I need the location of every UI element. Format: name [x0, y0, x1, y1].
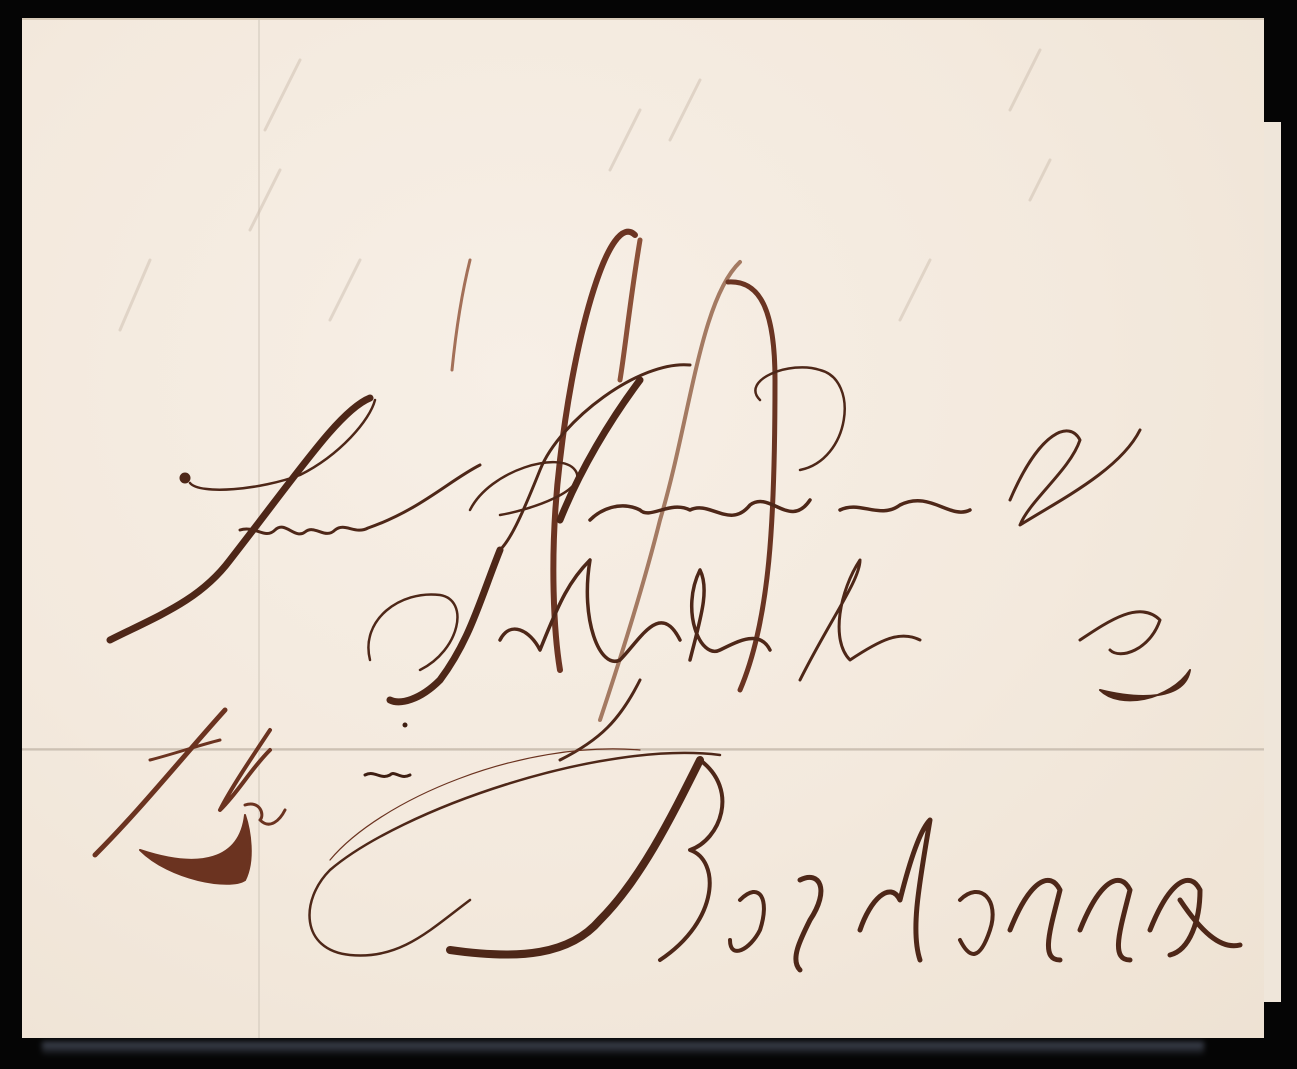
show-through-strokes: [120, 50, 1050, 330]
franking-note: [95, 710, 285, 884]
herrn-word: [110, 398, 480, 640]
in-word: [365, 774, 410, 777]
flourish-hairline: [330, 749, 640, 860]
schyler-word: [368, 550, 1190, 760]
handwriting-layer: [0, 0, 1297, 1069]
bordeaux-word: [310, 753, 1240, 970]
